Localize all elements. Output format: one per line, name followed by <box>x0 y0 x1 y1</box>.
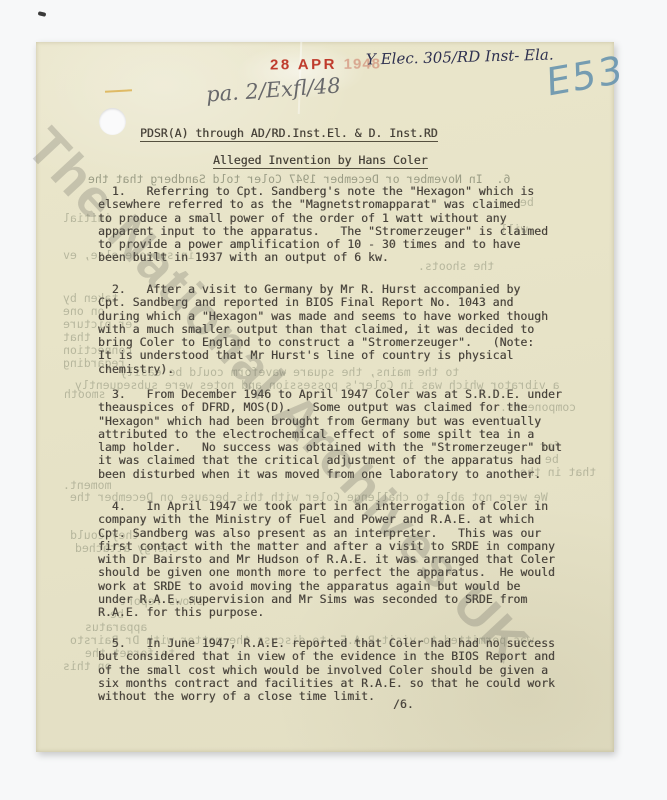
typed-line: but considered that in view of the evide… <box>98 650 555 663</box>
typed-line: chemistry). <box>98 363 548 376</box>
typed-line: it was claimed that the critical adjustm… <box>98 454 562 467</box>
typed-line: first contact with the matter and after … <box>98 540 555 553</box>
typed-line: six months contract and facilities at R.… <box>98 677 555 690</box>
typed-line: should be given one month more to perfec… <box>98 566 555 579</box>
scratch-mark <box>105 89 132 92</box>
date-stamp-daymonth: 28 APR <box>270 56 337 74</box>
routing-heading-text: PDSR(A) through AD/RD.Inst.El. & D. Inst… <box>140 127 438 142</box>
paragraph-5: 5. In June 1947, R.A.E. reported that Co… <box>98 637 555 703</box>
paper: 28 APR 1948 Y Elec. 305/RD Inst- Ela. pa… <box>36 42 614 752</box>
typed-line: R.A.E. for this purpose. <box>98 606 555 619</box>
typed-line: apparent input to the apparatus. The "St… <box>98 225 548 238</box>
typed-line: been built in 1937 with an output of 6 k… <box>98 251 548 264</box>
typed-line: with a much smaller output than that cla… <box>98 323 548 336</box>
paragraph-2: 2. After a visit to Germany by Mr R. Hur… <box>98 283 548 376</box>
typed-line: "Hexagon" which had been brought from Ge… <box>98 415 562 428</box>
scan-background: 28 APR 1948 Y Elec. 305/RD Inst- Ela. pa… <box>0 0 667 800</box>
paragraph-1: 1. Referring to Cpt. Sandberg's note the… <box>98 185 548 265</box>
registry-pencil-reference: pa. 2/Exfl/48 <box>205 73 341 106</box>
scan-speck <box>38 11 47 17</box>
typed-line: 3. From December 1946 to April 1947 Cole… <box>98 388 562 401</box>
routing-heading: PDSR(A) through AD/RD.Inst.El. & D. Inst… <box>140 127 438 142</box>
typed-line: to provide a power amplification of 10 -… <box>98 238 548 251</box>
punch-hole <box>99 108 126 135</box>
registry-ink-reference: Y Elec. 305/RD Inst- Ela. <box>366 46 554 69</box>
typed-line: Cpt. Sandberg and reported in BIOS Final… <box>98 296 548 309</box>
document-title-text: Alleged Invention by Hans Coler <box>213 154 428 169</box>
typed-line: Cpt. Sandberg was also present as an int… <box>98 527 555 540</box>
typed-line: of the small cost which would be involve… <box>98 664 555 677</box>
typed-line: without the worry of a close time limit. <box>98 690 555 703</box>
typed-line: been disturbed when it was moved from on… <box>98 468 562 481</box>
folio-number: E53 <box>546 49 625 103</box>
typed-line: bring Coler to England to construct a "S… <box>98 336 548 349</box>
typed-line: 2. After a visit to Germany by Mr R. Hur… <box>98 283 548 296</box>
typed-line: during which a "Hexagon" was made and se… <box>98 310 548 323</box>
typed-line: theauspices of DFRD, MOS(D). Some output… <box>98 401 562 414</box>
typed-line: to produce a small power of the order of… <box>98 212 548 225</box>
typed-line: attributed to the electrochemical effect… <box>98 428 562 441</box>
page-number-footer: /6. <box>393 698 414 711</box>
date-stamp: 28 APR 1948 <box>270 56 381 75</box>
typed-line: work at SRDE to avoid moving the apparat… <box>98 580 555 593</box>
paragraph-3: 3. From December 1946 to April 1947 Cole… <box>98 388 562 481</box>
paragraph-4: 4. In April 1947 we took part in an inte… <box>98 500 555 620</box>
typed-line: with Dr Bairsto and Mr Hudson of R.A.E. … <box>98 553 555 566</box>
document-title: Alleged Invention by Hans Coler <box>213 154 428 169</box>
typed-line: lamp holder. No success was obtained wit… <box>98 441 562 454</box>
typed-line: 1. Referring to Cpt. Sandberg's note the… <box>98 185 548 198</box>
typed-line: company with the Ministry of Fuel and Po… <box>98 513 555 526</box>
typed-line: 5. In June 1947, R.A.E. reported that Co… <box>98 637 555 650</box>
typed-line: It is understood that Mr Hurst's line of… <box>98 349 548 362</box>
typed-line: elsewhere referred to as the "Magnetstro… <box>98 198 548 211</box>
typed-line: under R.A.E. supervision and Mr Sims was… <box>98 593 555 606</box>
typed-line: 4. In April 1947 we took part in an inte… <box>98 500 555 513</box>
